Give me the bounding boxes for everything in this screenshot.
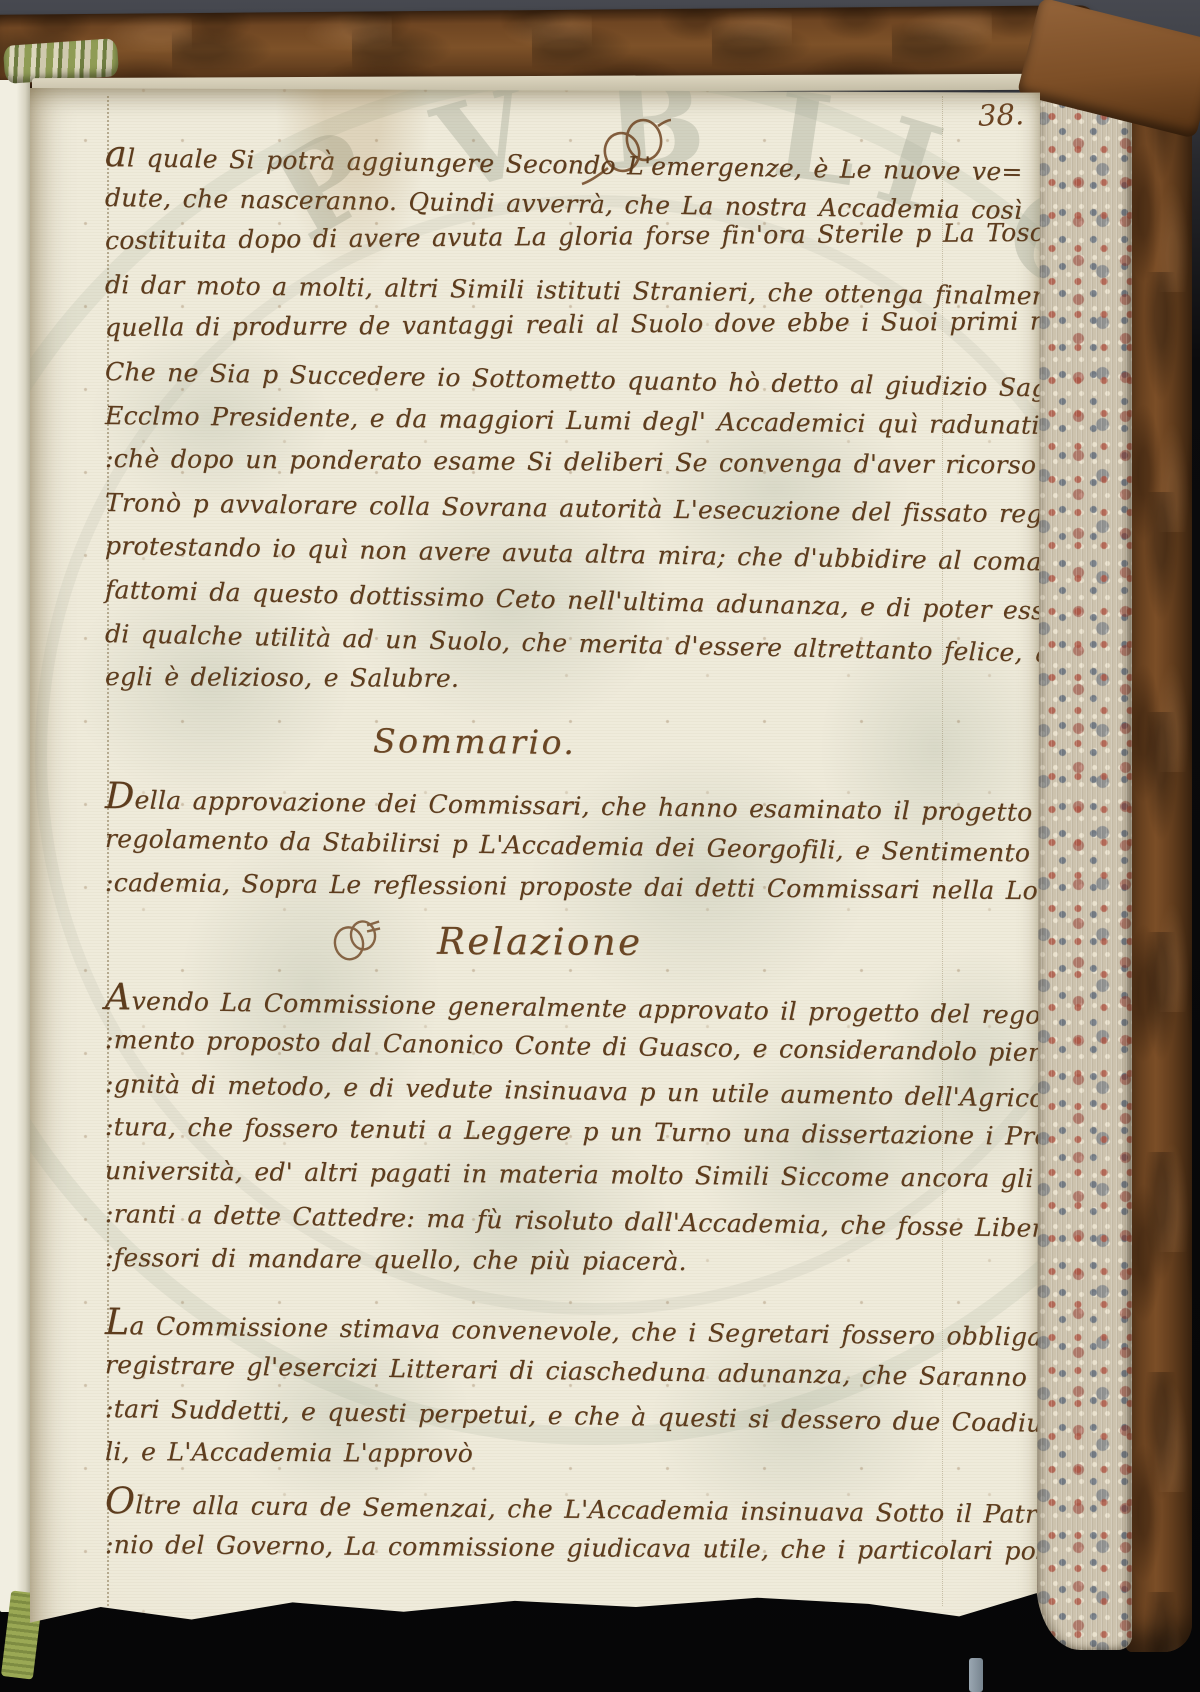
book-cover-right-edge [1126, 52, 1192, 1652]
heading-relazione: Relazione [437, 915, 643, 968]
paragraph-sommario: Della approvazione dei Commissari, che h… [105, 774, 1017, 905]
marbled-fore-edge [1036, 62, 1132, 1650]
paragraph-secretaries: La Commissione stimava convenevole, che … [105, 1300, 1017, 1474]
manuscript-line: egli è delizioso, e Salubre. [105, 655, 1017, 703]
paragraph-semenzai: Oltre alla cura de Semenzai, che L'Accad… [105, 1479, 1017, 1566]
manuscript-page: PVBLIC 38. al quale Si potrà aggiungere … [30, 88, 1040, 1646]
manuscript-line: :fessori di mandare quello, che più piac… [105, 1236, 1017, 1286]
manuscript-line: :cademia, Sopra Le reflessioni proposte … [105, 861, 1017, 913]
manuscript-line: :nio del Governo, La commissione giudica… [105, 1523, 1017, 1573]
cradle-support [969, 1658, 983, 1692]
left-page-edges [0, 80, 30, 1612]
pen-flourish-icon [323, 915, 383, 967]
page-number: 38. [977, 97, 1024, 133]
manuscript-line: costituita dopo di avere avuta La gloria… [105, 211, 1017, 263]
manuscript-text: al quale Si potrà aggiungere Secondo L'e… [105, 132, 1017, 1566]
manuscript-line: università, ed' altri pagati in materia … [105, 1149, 1017, 1201]
manuscript-line: li, e L'Accademia L'approvò [105, 1430, 1017, 1478]
manuscript-line: quella di produrre de vantaggi reali al … [105, 300, 1017, 350]
heading-sommario: Sommario. [373, 718, 1017, 770]
manuscript-photograph: PVBLIC 38. al quale Si potrà aggiungere … [0, 0, 1200, 1692]
manuscript-line: :chè dopo un ponderato esame Si deliberi… [105, 437, 1017, 487]
heading-relazione-row: Relazione [323, 915, 1017, 971]
paragraph-intro: al quale Si potrà aggiungere Secondo L'e… [105, 132, 1017, 699]
paragraph-relazione: Avendo La Commissione generalmente appro… [105, 975, 1017, 1280]
